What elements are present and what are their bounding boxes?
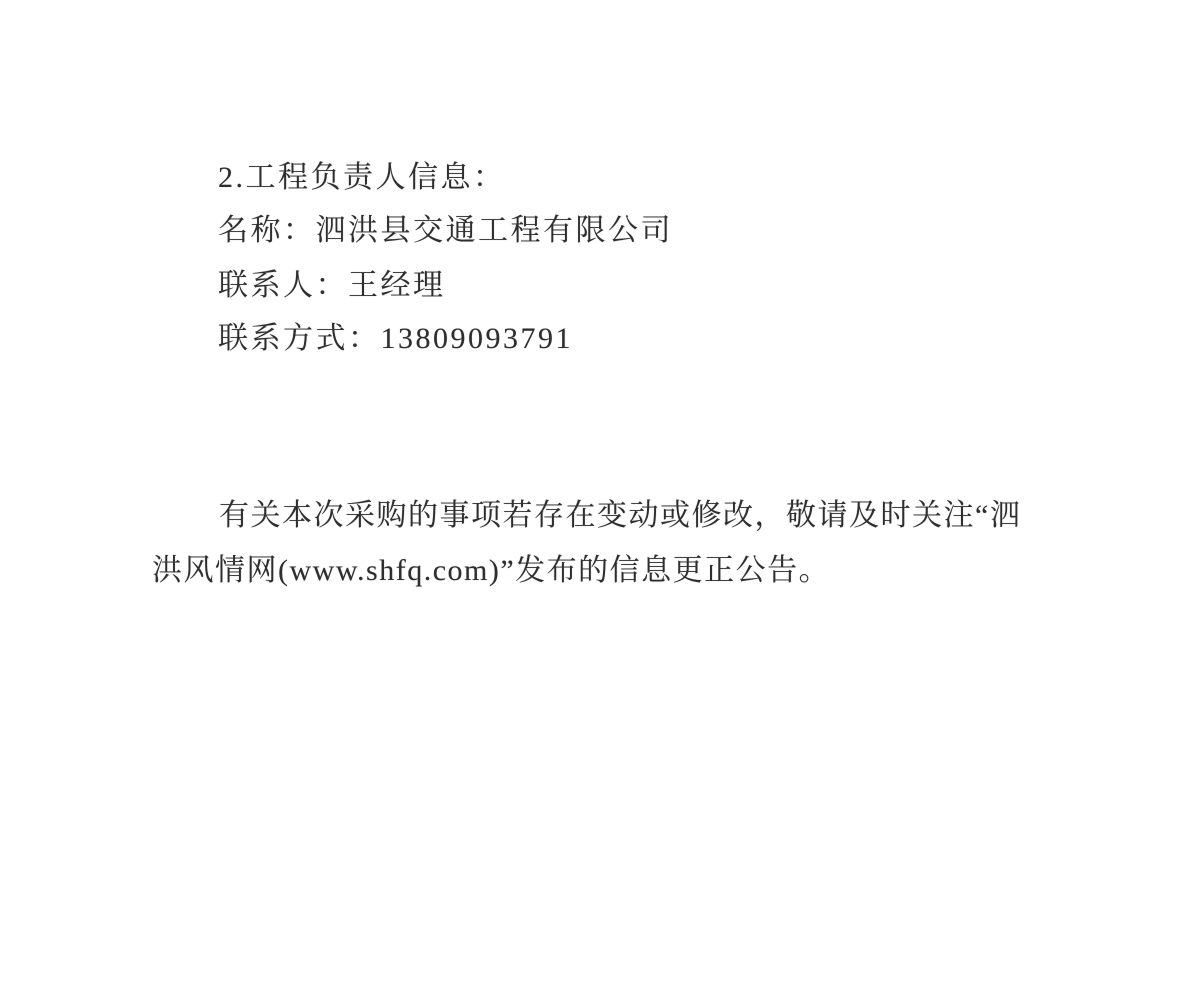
info-line-company-name: 名称：泗洪县交通工程有限公司 <box>218 216 673 246</box>
info-line-contact-person: 联系人：王经理 <box>218 271 446 301</box>
section-heading: 2.工程负责人信息： <box>218 163 506 193</box>
document-page: 2.工程负责人信息： 名称：泗洪县交通工程有限公司 联系人：王经理 联系方式：1… <box>0 0 1200 1003</box>
info-line-contact-phone: 联系方式：13809093791 <box>218 324 573 354</box>
notice-paragraph-line-2: 洪风情网(www.shfq.com)”发布的信息更正公告。 <box>152 556 830 586</box>
notice-paragraph-line-1: 有关本次采购的事项若存在变动或修改，敬请及时关注“泗 <box>219 501 1021 531</box>
